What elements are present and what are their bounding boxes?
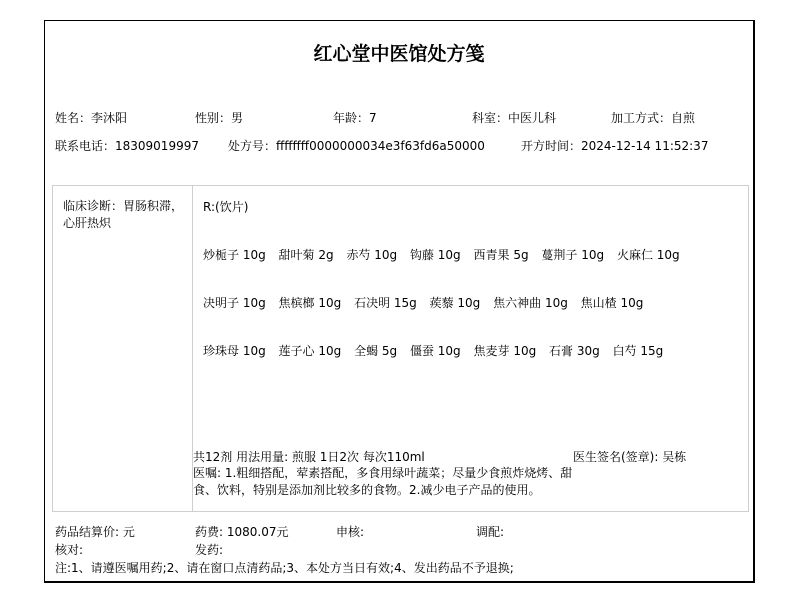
diagnosis-column: 临床诊断：胃肠积滞，心肝热炽	[53, 186, 193, 511]
patient-phone: 联系电话：18309019997	[55, 137, 199, 154]
herb-item: 西青果 5g	[474, 248, 529, 262]
usage-dosage: 共12剂 用法用量: 煎服 1日2次 每次110ml	[193, 448, 425, 465]
dispense-prep-field: 调配:	[476, 523, 504, 540]
herb-item: 全蝎 5g	[354, 344, 397, 358]
herb-item: 僵蚕 10g	[410, 344, 461, 358]
settlement-price: 药品结算价: 元	[55, 523, 135, 540]
herb-item: 焦槟榔 10g	[279, 296, 342, 310]
rx-label: R:(饮片)	[203, 198, 248, 215]
herb-item: 蔓荆子 10g	[541, 248, 604, 262]
note-text: 注:1、请遵医嘱用药;2、请在窗口点清药品;3、本处方当日有效;4、发出药品不予…	[55, 559, 514, 576]
herb-line-1: 炒栀子 10g 甜叶菊 2g 赤芍 10g 钩藤 10g 西青果 5g 蔓荆子 …	[203, 246, 689, 263]
rx-time: 开方时间：2024-12-14 11:52:37	[521, 137, 708, 154]
herb-item: 珍珠母 10g	[203, 344, 266, 358]
patient-name: 姓名：李沐阳	[55, 109, 127, 126]
herb-line-3: 珍珠母 10g 莲子心 10g 全蝎 5g 僵蚕 10g 焦麦芽 10g 石膏 …	[203, 342, 672, 359]
check-field: 核对:	[55, 541, 83, 558]
herb-item: 赤芍 10g	[346, 248, 397, 262]
patient-age: 年龄：7	[333, 109, 377, 126]
department: 科室：中医儿科	[472, 109, 556, 126]
herb-item: 甜叶菊 2g	[279, 248, 334, 262]
herb-item: 焦六神曲 10g	[493, 296, 568, 310]
prescription-box: 临床诊断：胃肠积滞，心肝热炽 R:(饮片) 炒栀子 10g 甜叶菊 2g 赤芍 …	[52, 185, 749, 512]
herb-item: 石决明 15g	[354, 296, 417, 310]
dispense-field: 发药:	[195, 541, 223, 558]
doctor-signature: 医生签名(签章): 吴栋	[573, 448, 686, 465]
herb-item: 炒栀子 10g	[203, 248, 266, 262]
review-field: 申核:	[336, 523, 364, 540]
prescription-sheet: 红心堂中医馆处方笺 姓名：李沐阳 性别：男 年龄：7 科室：中医儿科 加工方式：…	[44, 20, 755, 583]
processing-method: 加工方式：自煎	[611, 109, 695, 126]
patient-gender: 性别：男	[195, 109, 243, 126]
herb-item: 火麻仁 10g	[617, 248, 680, 262]
herb-item: 石膏 30g	[549, 344, 600, 358]
page-title: 红心堂中医馆处方笺	[45, 39, 753, 66]
clinical-diagnosis: 临床诊断：胃肠积滞，心肝热炽	[63, 198, 183, 232]
herb-item: 钩藤 10g	[410, 248, 461, 262]
medical-advice: 医嘱: 1.粗细搭配，荤素搭配，多食用绿叶蔬菜；尽量少食煎炸烧烤、甜食、饮料，特…	[193, 465, 573, 499]
herb-line-2: 决明子 10g 焦槟榔 10g 石决明 15g 蒺藜 10g 焦六神曲 10g …	[203, 294, 652, 311]
herb-item: 莲子心 10g	[279, 344, 342, 358]
herb-item: 焦麦芽 10g	[474, 344, 537, 358]
herb-item: 焦山楂 10g	[581, 296, 644, 310]
herb-item: 决明子 10g	[203, 296, 266, 310]
herb-item: 蒺藜 10g	[430, 296, 481, 310]
herb-item: 白芍 15g	[613, 344, 664, 358]
rx-number: 处方号：ffffffff0000000034e3f63fd6a50000	[228, 137, 485, 154]
drug-fee: 药费: 1080.07元	[195, 523, 288, 540]
